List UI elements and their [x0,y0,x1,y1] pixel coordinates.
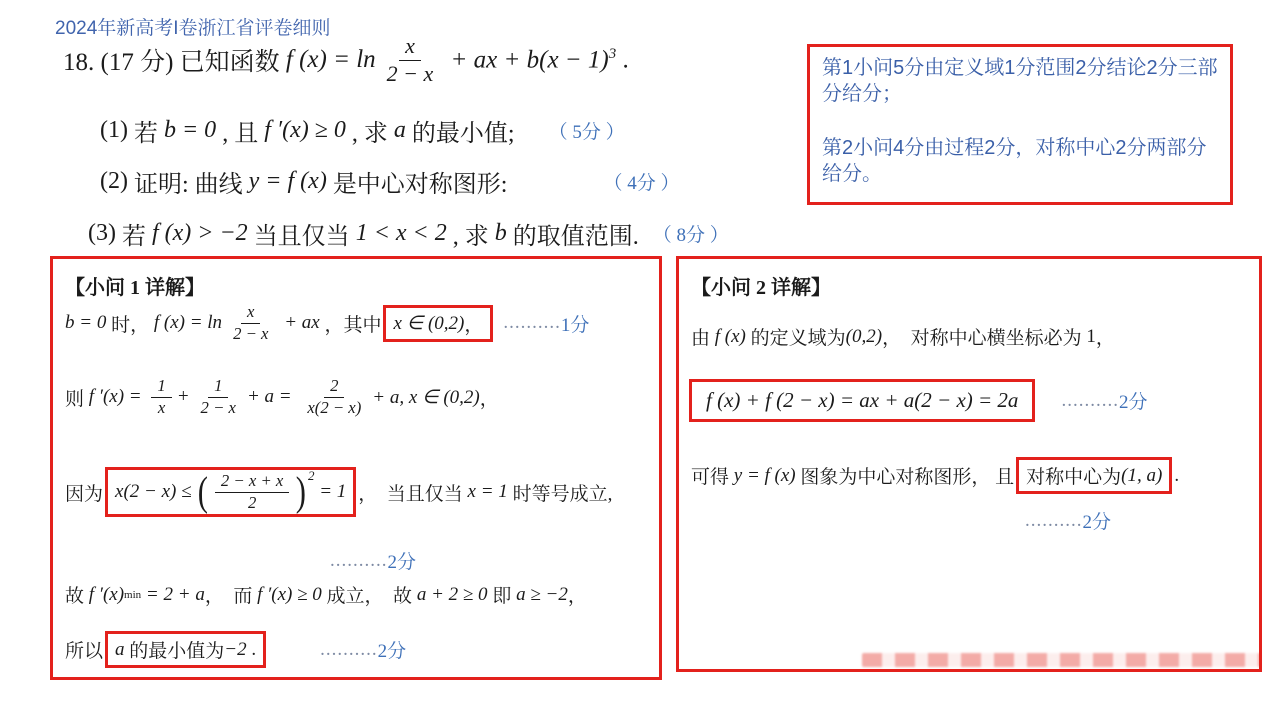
sol2-line-1: 由 f (x) 的定义域为(0,2)， 对称中心横坐标必为 1， [691,323,1115,350]
question-2: (2) 证明: 曲线 y = f (x) 是中心对称图形:（ 4分 ） [100,164,680,199]
question-3: (3) 若 f (x) > −2 当且仅当 1 < x < 2 , 求 b 的取… [88,216,729,251]
sol1-line-3-score: ..........2分 [330,547,416,574]
sol2-line-2: f (x) + f (2 − x) = ax + a(2 − x) = 2a..… [687,379,1147,422]
sol1-line-2: 则 f ′(x) = 1x+12 − x+ a = 2x(2 − x)+ a, … [65,377,499,417]
grading-note-line-1: 第1小问5分由定义域1分范围2分结论2分三部分给分； [822,55,1218,108]
sol1-line-3: 因为x(2 − x) ≤ (2 − x + x2)2 = 1， 当且仅当 x =… [65,467,612,517]
problem-math-2: + ax + b(x − 1)3 . [444,46,628,74]
score-2-points: 2分 [388,547,417,574]
solution-2-heading: 【小问 2 详解】 [691,271,831,300]
problem-statement: 18. (17 分) 已知函数 f (x) = lnx2 − x + ax + … [63,34,629,86]
dotted-leader: .......... [1061,390,1119,412]
fraction-x-over-2-minus-x: x2 − x [227,303,274,343]
highlight-box-symmetry-eq: f (x) + f (2 − x) = ax + a(2 − x) = 2a [689,379,1035,422]
fraction-1-over-x: 1x [151,377,171,417]
solution-2-box: 【小问 2 详解】 由 f (x) 的定义域为(0,2)， 对称中心横坐标必为 … [676,256,1262,672]
problem-lead: 18. (17 分) 已知函数 [63,42,286,78]
sol2-line-3-score: ..........2分 [1025,507,1111,534]
score-2-points: 2分 [1083,507,1112,534]
question-3-score: （ 8分 ） [653,220,729,247]
problem-math-1: f (x) = ln [286,46,376,74]
highlight-box-answer: a 的最小值为−2 . [105,631,266,668]
question-2-score: （ 4分 ） [603,168,679,195]
fraction-am-gm: 2 − x + x2 [215,472,289,512]
sol1-line-5: 所以a 的最小值为−2 ...........2分 [65,631,406,668]
fraction-2-over-x-2-minus-x: 2x(2 − x) [301,377,367,417]
highlight-box-inequality: x(2 − x) ≤ (2 − x + x2)2 = 1 [105,467,356,517]
sol1-line-1: b = 0 时， f (x) = lnx2 − x + ax ，其中x ∈ (0… [65,303,589,343]
sol1-line-4: 故 f ′(x)min = 2 + a， 而 f ′(x) ≥ 0 成立， 故 … [65,581,587,608]
solution-1-heading: 【小问 1 详解】 [65,271,205,300]
score-2-points: 2分 [378,636,407,663]
score-2-points: 2分 [1119,387,1148,414]
question-1-score: （ 5分 ） [549,117,625,144]
document-page: 2024年新高考I卷浙江省评卷细则 18. (17 分) 已知函数 f (x) … [0,0,1280,720]
sol2-line-3: 可得 y = f (x) 图象为中心对称图形， 且对称中心为(1, a). [691,457,1179,494]
grading-note-line-2: 第2小问4分由过程2分，对称中心2分两部分给分。 [822,135,1218,188]
grading-note-box: 第1小问5分由定义域1分范围2分结论2分三部分给分； 第2小问4分由过程2分，对… [807,44,1233,205]
question-1: (1) 若 b = 0 , 且 f ′(x) ≥ 0 , 求 a 的最小值;（ … [100,113,625,148]
fraction-1-over-2-minus-x: 12 − x [195,377,242,417]
fraction-x-over-2-minus-x: x2 − x [381,34,440,86]
min-subscript: min [124,589,141,601]
dotted-leader: .......... [503,312,561,334]
solution-1-box: 【小问 1 详解】 b = 0 时， f (x) = lnx2 − x + ax… [50,256,662,680]
dotted-leader: .......... [330,550,388,572]
right-paren: ) [296,478,306,507]
dotted-leader: .......... [1025,510,1083,532]
dotted-leader: .......... [320,639,378,661]
score-1-point: 1分 [561,310,590,337]
highlight-box-center: 对称中心为(1, a) [1016,457,1172,494]
left-paren: ( [198,478,208,507]
highlight-box-domain: x ∈ (0,2)， [383,305,493,342]
watermark-smudge [862,653,1260,667]
